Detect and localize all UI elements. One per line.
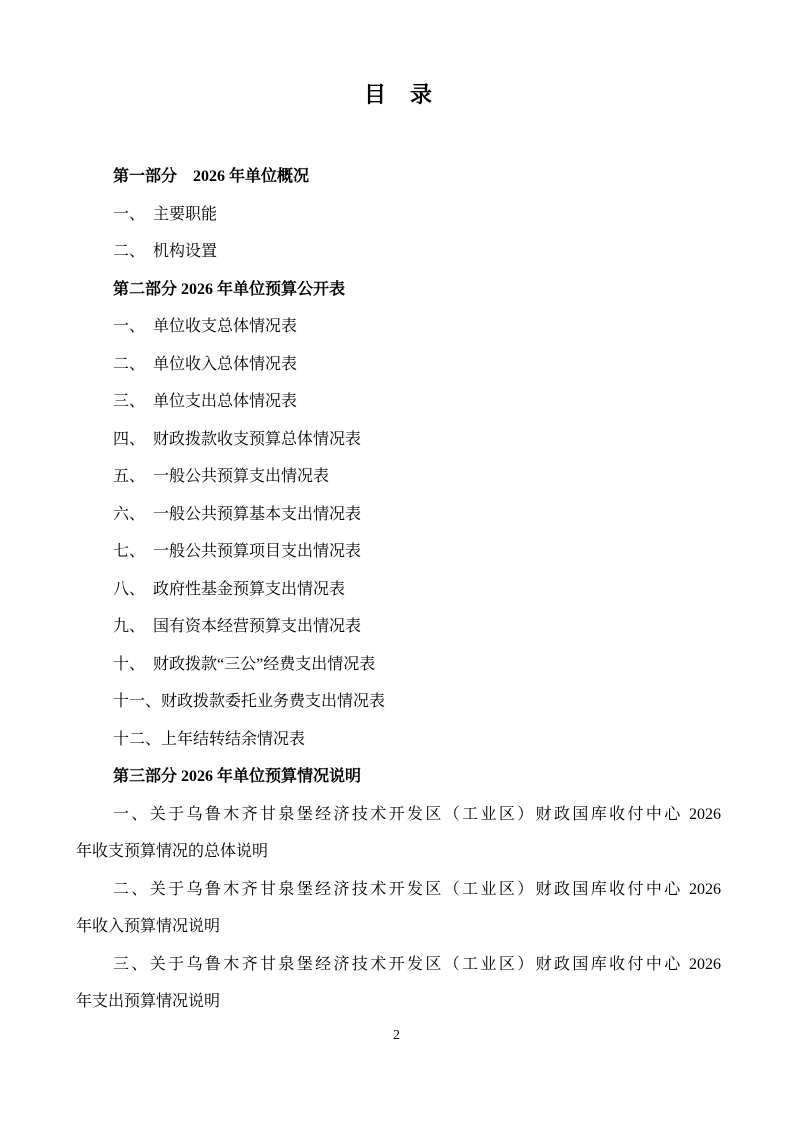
part2-item-3: 三、 单位支出总体情况表 bbox=[76, 383, 721, 421]
part3-entry-2-line-1: 二、关于乌鲁木齐甘泉堡经济技术开发区（工业区）财政国库收付中心 2026 bbox=[76, 871, 721, 909]
part2-item-7: 七、 一般公共预算项目支出情况表 bbox=[76, 533, 721, 571]
part2-item-9: 九、 国有资本经营预算支出情况表 bbox=[76, 608, 721, 646]
part1-heading: 第一部分 2026 年单位概况 bbox=[76, 158, 721, 196]
part2-item-10: 十、 财政拨款“三公”经费支出情况表 bbox=[76, 646, 721, 684]
part2-item-12: 十二、上年结转结余情况表 bbox=[76, 721, 721, 759]
part1-item-2: 二、 机构设置 bbox=[76, 233, 721, 271]
part3-entry-2-line-2: 年收入预算情况说明 bbox=[76, 908, 721, 946]
part2-item-1: 一、 单位收支总体情况表 bbox=[76, 308, 721, 346]
document-title: 目 录 bbox=[76, 80, 721, 110]
part2-item-4: 四、 财政拨款收支预算总体情况表 bbox=[76, 421, 721, 459]
part2-item-5: 五、 一般公共预算支出情况表 bbox=[76, 458, 721, 496]
part3-heading: 第三部分 2026 年单位预算情况说明 bbox=[76, 758, 721, 796]
part2-heading: 第二部分 2026 年单位预算公开表 bbox=[76, 271, 721, 309]
part2-item-6: 六、 一般公共预算基本支出情况表 bbox=[76, 496, 721, 534]
page-number: 2 bbox=[0, 1028, 793, 1044]
part1-item-1: 一、 主要职能 bbox=[76, 196, 721, 234]
part2-item-2: 二、 单位收入总体情况表 bbox=[76, 346, 721, 384]
part3-entry-3-line-1: 三、关于乌鲁木齐甘泉堡经济技术开发区（工业区）财政国库收付中心 2026 bbox=[76, 946, 721, 984]
part3-entry-1-line-1: 一、关于乌鲁木齐甘泉堡经济技术开发区（工业区）财政国库收付中心 2026 bbox=[76, 796, 721, 834]
part3-entry-1-line-2: 年收支预算情况的总体说明 bbox=[76, 833, 721, 871]
table-of-contents: 第一部分 2026 年单位概况 一、 主要职能 二、 机构设置 第二部分 202… bbox=[76, 158, 721, 1021]
part3-entry-3-line-2: 年支出预算情况说明 bbox=[76, 983, 721, 1021]
part2-item-11: 十一、财政拨款委托业务费支出情况表 bbox=[76, 683, 721, 721]
document-page: 目 录 第一部分 2026 年单位概况 一、 主要职能 二、 机构设置 第二部分… bbox=[0, 0, 793, 1122]
part2-item-8: 八、 政府性基金预算支出情况表 bbox=[76, 571, 721, 609]
